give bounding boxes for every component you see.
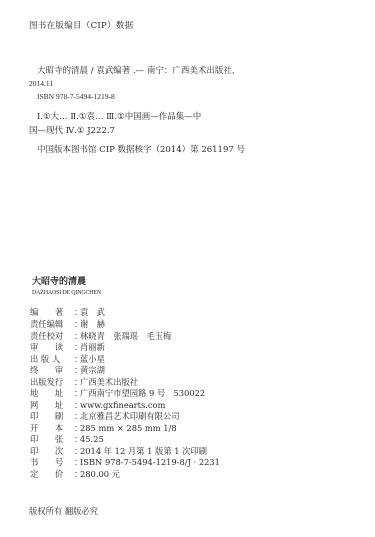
credit-row: 责任编辑：谢 赫 — [30, 319, 105, 330]
credit-value: 北京雅昌艺术印刷有限公司 — [80, 411, 180, 422]
credit-row: 出版发行：广西美术出版社 — [30, 377, 138, 388]
credit-value: 袁 武 — [80, 307, 105, 318]
credit-row: 印 张：45.25 — [30, 434, 104, 445]
book-title: 大昭寺的清晨 — [32, 274, 86, 287]
credit-value: 广西美术出版社 — [80, 377, 138, 388]
credit-value: 蓝小星 — [80, 354, 105, 365]
credit-row: 印 次：2014 年 12 月第 1 版第 1 次印刷 — [30, 446, 207, 457]
credit-label: 审 读 — [30, 342, 74, 353]
credit-row: 地 址：广西南宁市望园路 9 号 530022 — [30, 388, 205, 399]
credit-value: 广西南宁市望园路 9 号 530022 — [80, 388, 205, 399]
credit-label: 定 价 — [30, 469, 74, 480]
cip-line-isbn: ISBN 978-7-5494-1219-8 — [37, 92, 115, 101]
credit-row: 审 读：肖丽新 — [30, 342, 105, 353]
credit-label: 编 著 — [30, 307, 74, 318]
cip-header: 图书在版编目（CIP）数据 — [29, 19, 133, 31]
credit-value: 谢 赫 — [80, 319, 105, 330]
credit-label: 出版发行 — [30, 377, 74, 388]
credit-value: 2014 年 12 月第 1 版第 1 次印刷 — [80, 446, 207, 457]
credit-row: 编 著：袁 武 — [30, 307, 105, 318]
credit-row: 开 本：285 mm × 285 mm 1/8 — [30, 423, 177, 434]
credit-value: ISBN 978-7-5494-1219-8/J · 2231 — [80, 457, 220, 468]
cip-line-date: 2014.11 — [29, 79, 53, 88]
credit-value[interactable]: www.gxfinearts.com — [80, 400, 165, 411]
cip-line-title: 大昭寺的清晨 / 袁武编著 .— 南宁：广西美术出版社， — [37, 64, 240, 76]
credit-value: 黄宗湖 — [80, 365, 105, 376]
credit-row: 网 址：www.gxfinearts.com — [30, 400, 165, 411]
credit-label: 责任编辑 — [30, 319, 74, 330]
cip-line-classification-cont: 国—现代 Ⅳ.① J222.7 — [29, 124, 115, 136]
credit-row: 印 刷：北京雅昌艺术印刷有限公司 — [30, 411, 180, 422]
credit-value: 肖丽新 — [80, 342, 105, 353]
credit-value: 285 mm × 285 mm 1/8 — [80, 423, 177, 434]
cip-line-classification: Ⅰ.①大… Ⅱ.①袁… Ⅲ.①中国画—作品集—中 — [37, 110, 201, 122]
credit-label: 书 号 — [30, 457, 74, 468]
credit-label: 网 址 — [30, 400, 74, 411]
cip-line-record-number: 中国版本图书馆 CIP 数据核字（2014）第 261197 号 — [37, 143, 245, 155]
credit-label: 印 刷 — [30, 411, 74, 422]
credit-label: 印 张 — [30, 434, 74, 445]
credit-label: 开 本 — [30, 423, 74, 434]
credit-label: 责任校对 — [30, 331, 74, 342]
copyright-notice: 版权所有 翻版必究 — [29, 505, 98, 517]
credit-row: 终 审：黄宗湖 — [30, 365, 105, 376]
credit-label: 出 版 人 — [30, 354, 74, 365]
book-pinyin: DAZHAOSI DE QINGCHEN — [32, 290, 101, 296]
credit-label: 印 次 — [30, 446, 74, 457]
credit-row: 书 号：ISBN 978-7-5494-1219-8/J · 2231 — [30, 457, 220, 468]
credit-value: 280.00 元 — [80, 469, 120, 480]
credit-row: 责任校对：林晓青 张瑞瑶 毛玉梅 — [30, 331, 171, 342]
credit-value: 45.25 — [80, 434, 104, 445]
credit-row: 出 版 人：蓝小星 — [30, 354, 105, 365]
credit-label: 地 址 — [30, 388, 74, 399]
credit-row: 定 价：280.00 元 — [30, 469, 120, 480]
credit-value: 林晓青 张瑞瑶 毛玉梅 — [80, 331, 171, 342]
credit-label: 终 审 — [30, 365, 74, 376]
